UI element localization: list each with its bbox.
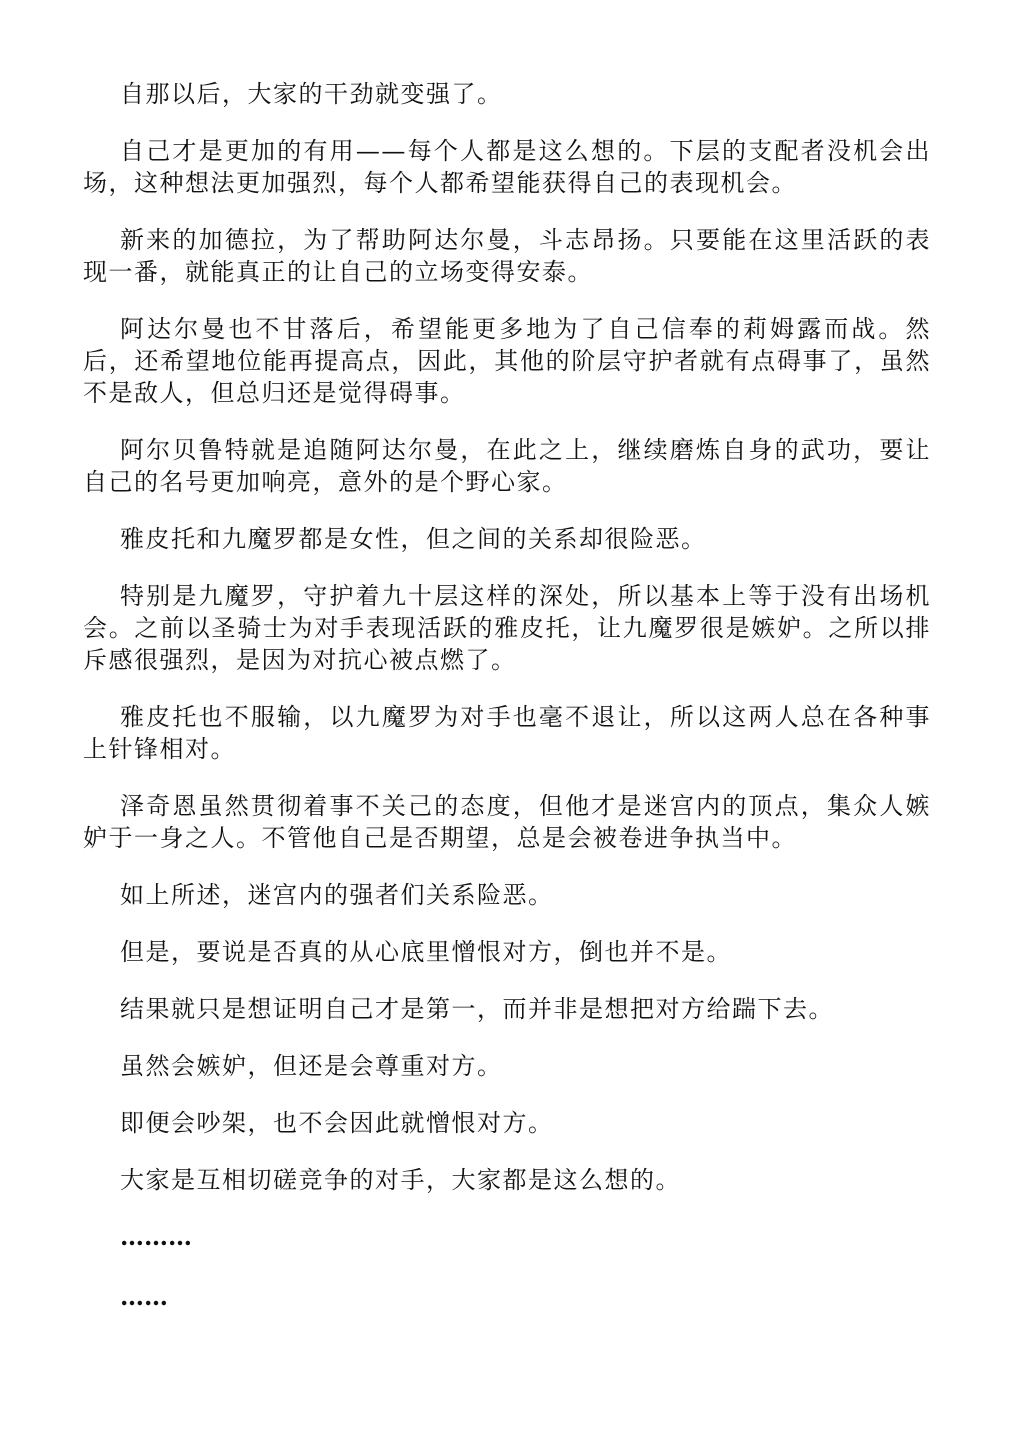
paragraph-11: 但是，要说是否真的从心底里憎恨对方，倒也并不是。 [83, 936, 931, 968]
document-page: 自那以后，大家的干劲就变强了。 自己才是更加的有用——每个人都是这么想的。下层的… [83, 78, 931, 1341]
paragraph-12: 结果就只是想证明自己才是第一，而并非是想把对方给踹下去。 [83, 993, 931, 1025]
paragraph-7: 特别是九魔罗，守护着九十层这样的深处，所以基本上等于没有出场机会。之前以圣骑士为… [83, 580, 931, 676]
paragraph-14: 即便会吵架，也不会因此就憎恨对方。 [83, 1107, 931, 1139]
paragraph-9: 泽奇恩虽然贯彻着事不关己的态度，但他才是迷宫内的顶点，集众人嫉妒于一身之人。不管… [83, 790, 931, 854]
paragraph-1: 自那以后，大家的干劲就变强了。 [83, 78, 931, 110]
paragraph-3: 新来的加德拉，为了帮助阿达尔曼，斗志昂扬。只要能在这里活跃的表现一番，就能真正的… [83, 224, 931, 288]
paragraph-13: 虽然会嫉妒，但还是会尊重对方。 [83, 1050, 931, 1082]
paragraph-15: 大家是互相切磋竞争的对手，大家都是这么想的。 [83, 1164, 931, 1196]
paragraph-8: 雅皮托也不服输，以九魔罗为对手也毫不退让，所以这两人总在各种事上针锋相对。 [83, 701, 931, 765]
paragraph-10: 如上所述，迷宫内的强者们关系险恶。 [83, 879, 931, 911]
paragraph-5: 阿尔贝鲁特就是追随阿达尔曼，在此之上，继续磨炼自身的武功，要让自己的名号更加响亮… [83, 434, 931, 498]
ellipsis-short: …… [83, 1281, 931, 1313]
ellipsis-long: ……… [83, 1221, 931, 1253]
paragraph-2: 自己才是更加的有用——每个人都是这么想的。下层的支配者没机会出场，这种想法更加强… [83, 135, 931, 199]
paragraph-6: 雅皮托和九魔罗都是女性，但之间的关系却很险恶。 [83, 523, 931, 555]
paragraph-4: 阿达尔曼也不甘落后，希望能更多地为了自己信奉的莉姆露而战。然后，还希望地位能再提… [83, 313, 931, 409]
